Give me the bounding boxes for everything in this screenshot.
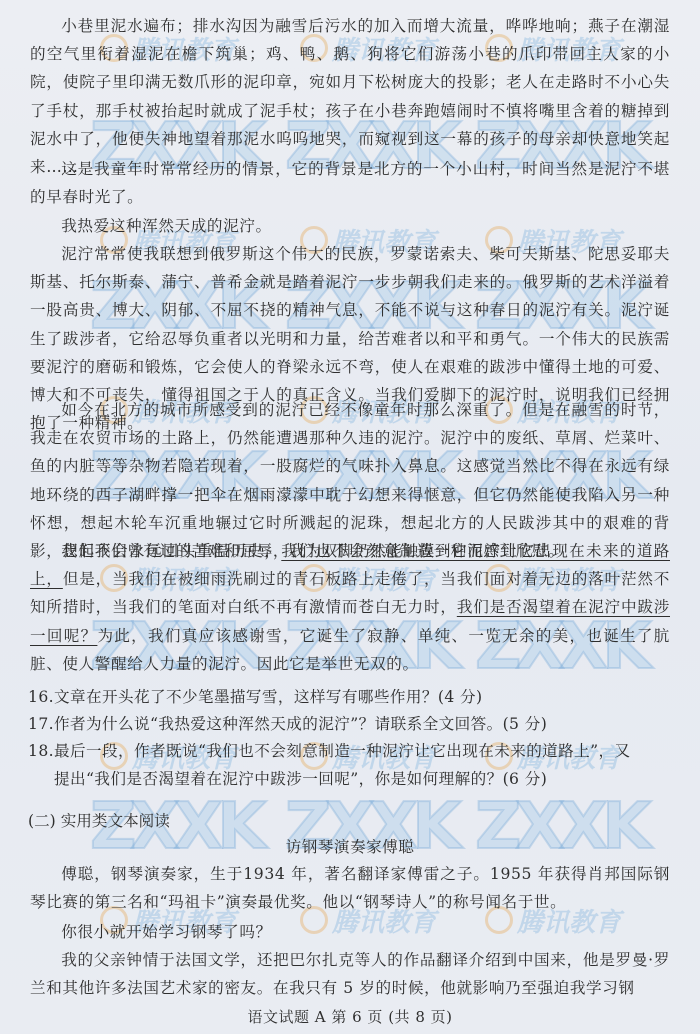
interview-answer: 我的父亲钟情于法国文学，还把巴尔扎克等人的作品翻译介绍到中国来，他是罗曼·罗兰和… bbox=[30, 946, 670, 1002]
final-text-3: 为此，我们真应该感谢雪，它诞生了寂静、单纯、一览无余的美，也诞生了肮脏、使人警醒… bbox=[30, 627, 670, 673]
question-text-continued: 提出“我们是否渴望着在泥泞中跋涉一回呢”，你是如何理解的？(6 分) bbox=[28, 765, 678, 793]
passage-paragraph-3: 我热爱这种浑然天成的泥泞。 bbox=[30, 212, 670, 240]
section-heading: (二) 实用类文本阅读 bbox=[28, 807, 170, 835]
page-footer: 语文试题 A 第 6 页 (共 8 页) bbox=[0, 1006, 700, 1027]
question-number: 16. bbox=[28, 683, 54, 711]
article-paragraph-1: 傅聪，钢琴演奏家，生于1934 年，著名翻译家傅雷之子。1955 年获得肖邦国际… bbox=[30, 860, 670, 916]
interview-question: 你很小就开始学习钢琴了吗？ bbox=[30, 918, 670, 946]
passage-paragraph-final: 我们不会永远回头重温历史，我们也不会刻意制造一种泥泞让它出现在未来的道路上，但是… bbox=[30, 537, 670, 678]
question-18: 18.最后一段，作者既说“我们也不会刻意制造一种泥泞让它出现在未来的道路上”，又… bbox=[28, 737, 678, 793]
question-text: 文章在开头花了不少笔墨描写雪，这样写有哪些作用？(4 分) bbox=[54, 688, 483, 706]
question-16: 16.文章在开头花了不少笔墨描写雪，这样写有哪些作用？(4 分) bbox=[28, 683, 678, 711]
question-text: 最后一段，作者既说“我们也不会刻意制造一种泥泞让它出现在未来的道路上”，又 bbox=[54, 742, 631, 760]
final-text-1: 我们不会永远回头重温历史， bbox=[61, 542, 281, 560]
question-17: 17.作者为什么说“我热爱这种浑然天成的泥泞”？请联系全文回答。(5 分) bbox=[28, 710, 678, 738]
question-number: 18. bbox=[28, 737, 54, 765]
article-title: 访钢琴演奏家傅聪 bbox=[0, 835, 700, 857]
exam-page: 腾讯教育 腾讯教育 腾讯教育 ZXXK ZXXK ZXXK 腾讯教育 腾讯教育 … bbox=[0, 0, 700, 1034]
question-text: 作者为什么说“我热爱这种浑然天成的泥泞”？请联系全文回答。(5 分) bbox=[54, 715, 547, 733]
passage-paragraph-2: 这是我童年时常常经历的情景，它的背景是北方的一个小山村，时间当然是泥泞不堪的早春… bbox=[30, 155, 670, 211]
question-number: 17. bbox=[28, 710, 54, 738]
